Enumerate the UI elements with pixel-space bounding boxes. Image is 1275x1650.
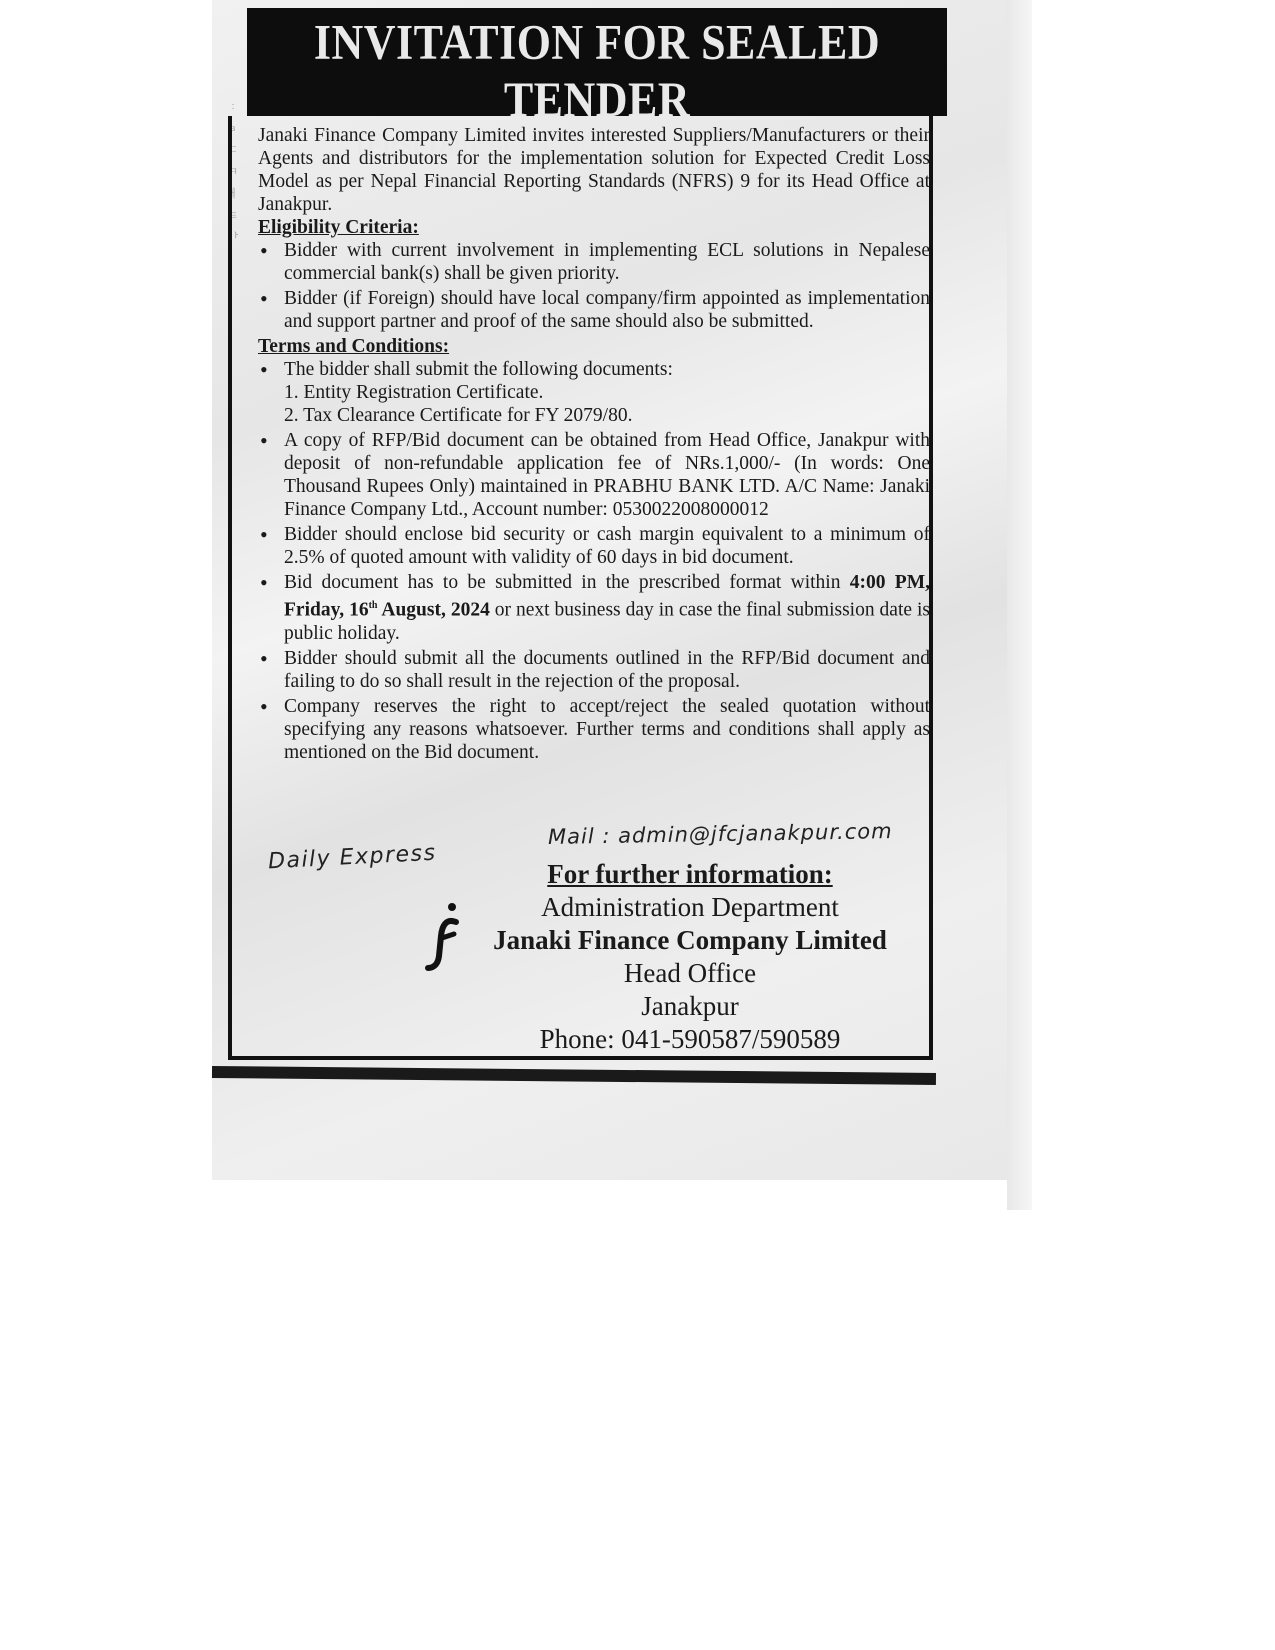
terms-item-bid-security: Bidder should enclose bid security or ca… [258, 523, 930, 569]
notice-title: INVITATION FOR SEALED TENDER [247, 14, 947, 128]
eligibility-item: Bidder with current involvement in imple… [258, 239, 930, 285]
contact-company: Janaki Finance Company Limited [430, 924, 950, 957]
terms-item-documents-required: Bidder should submit all the documents o… [258, 647, 930, 693]
terms-heading: Terms and Conditions: [258, 335, 930, 358]
eligibility-heading: Eligibility Criteria: [258, 216, 930, 239]
eligibility-list: Bidder with current involvement in imple… [258, 239, 930, 333]
tender-header-banner: INVITATION FOR SEALED TENDER (First Date… [247, 8, 947, 116]
contact-office: Head Office [430, 957, 950, 990]
terms-item-deadline: Bid document has to be submitted in the … [258, 571, 930, 645]
contact-block: For further information: Administration … [430, 858, 950, 1056]
required-document: 1. Entity Registration Certificate. [284, 381, 930, 404]
contact-heading: For further information: [430, 858, 950, 891]
eligibility-item: Bidder (if Foreign) should have local co… [258, 287, 930, 333]
deadline-date: August, 2024 [378, 600, 490, 621]
contact-city: Janakpur [430, 990, 950, 1023]
notice-body: Janaki Finance Company Limited invites i… [258, 124, 930, 766]
paper-edge [1007, 0, 1032, 1210]
intro-paragraph: Janaki Finance Company Limited invites i… [258, 124, 930, 216]
required-document: 2. Tax Clearance Certificate for FY 2079… [284, 404, 930, 427]
contact-phone: Phone: 041-590587/590589 [430, 1023, 950, 1056]
terms-item-rights-reserved: Company reserves the right to accept/rej… [258, 695, 930, 764]
contact-department: Administration Department [430, 891, 950, 924]
terms-list: The bidder shall submit the following do… [258, 358, 930, 764]
terms-item-rfp: A copy of RFP/Bid document can be obtain… [258, 429, 930, 521]
terms-item-documents: The bidder shall submit the following do… [258, 358, 930, 427]
